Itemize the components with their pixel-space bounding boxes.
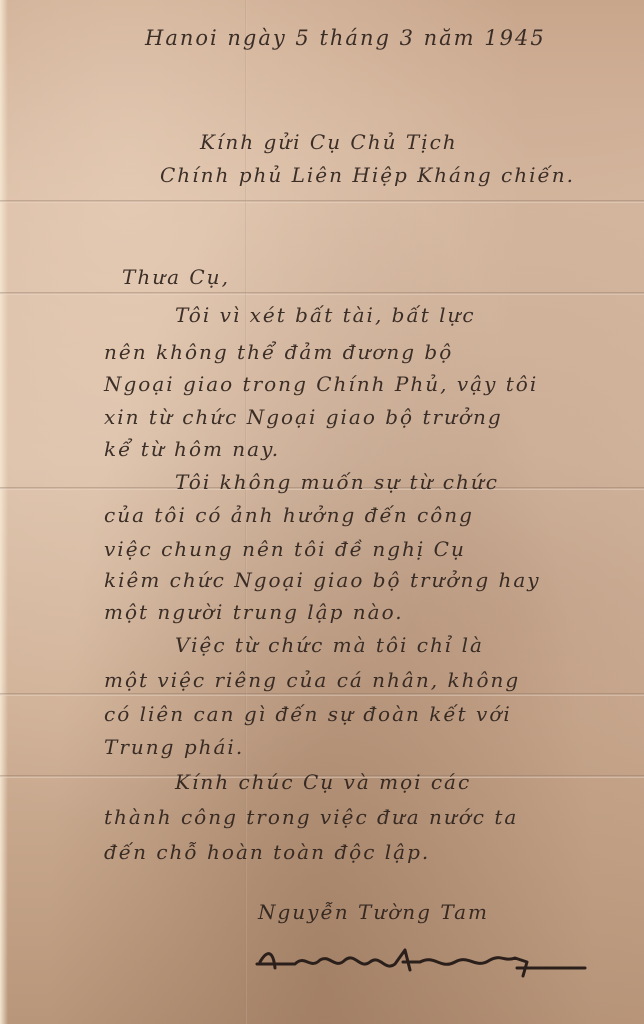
letter-paper: Hanoi ngày 5 tháng 3 năm 1945 Kính gửi C… <box>0 0 644 1024</box>
body-line: việc chung nên tôi đề nghị Cụ <box>104 537 466 561</box>
body-line: Kính chúc Cụ và mọi các <box>175 770 471 794</box>
body-line: của tôi có ảnh hưởng đến công <box>104 503 474 527</box>
body-line: kể từ hôm nay. <box>104 437 280 461</box>
body-line: Trung phái. <box>104 735 244 759</box>
body-line: Ngoại giao trong Chính Phủ, vậy tôi <box>104 372 538 396</box>
salutation: Thưa Cụ, <box>122 265 230 289</box>
body-line: một việc riêng của cá nhân, không <box>104 668 520 692</box>
body-line: kiêm chức Ngoại giao bộ trưởng hay <box>104 568 541 592</box>
body-line: một người trung lập nào. <box>104 600 404 624</box>
fold-line <box>0 292 644 295</box>
body-line: xin từ chức Ngoại giao bộ trưởng <box>104 405 503 429</box>
recipient-line-1: Kính gửi Cụ Chủ Tịch <box>200 130 458 154</box>
date-line: Hanoi ngày 5 tháng 3 năm 1945 <box>145 26 546 50</box>
signature-name: Nguyễn Tường Tam <box>258 900 489 924</box>
body-line: đến chỗ hoàn toàn độc lập. <box>104 840 430 864</box>
body-line: có liên can gì đến sự đoàn kết với <box>104 702 512 726</box>
signature-mark <box>255 940 595 980</box>
signature-scribble-icon <box>255 940 595 980</box>
body-line: Việc từ chức mà tôi chỉ là <box>175 633 484 657</box>
body-line: nên không thể đảm đương bộ <box>104 340 453 364</box>
body-line: Tôi vì xét bất tài, bất lực <box>175 303 476 327</box>
body-line: Tôi không muốn sự từ chức <box>175 470 499 494</box>
recipient-line-2: Chính phủ Liên Hiệp Kháng chiến. <box>160 163 575 187</box>
body-line: thành công trong việc đưa nước ta <box>104 805 518 829</box>
fold-line <box>0 200 644 203</box>
fold-line <box>0 693 644 696</box>
